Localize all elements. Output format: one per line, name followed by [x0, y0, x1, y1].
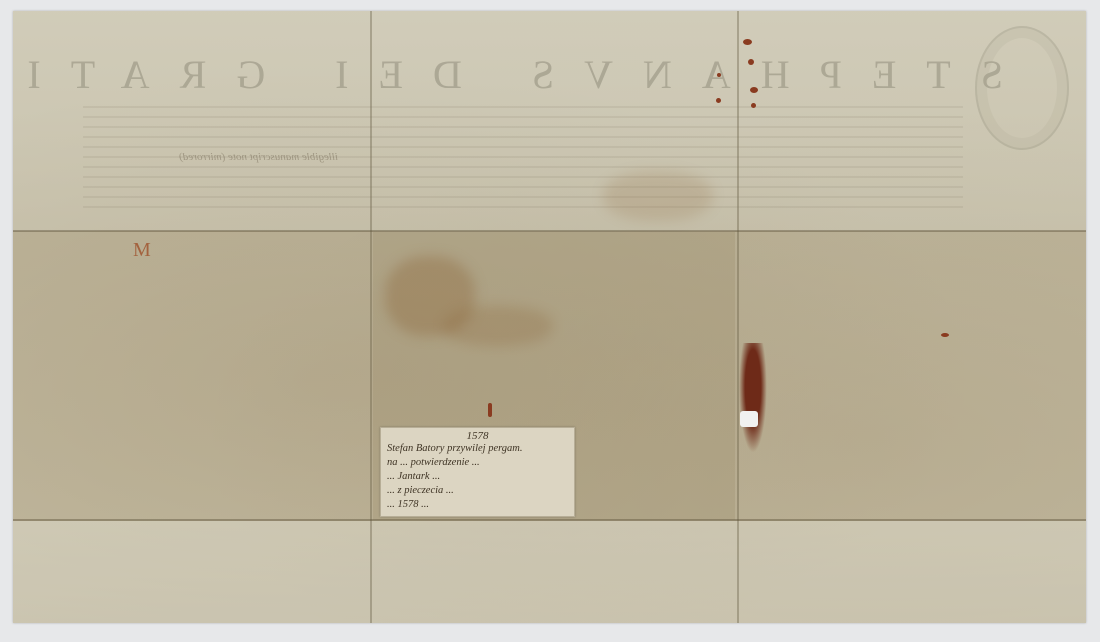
rust-spot — [717, 73, 721, 77]
label-line: ... 1578 ... — [387, 498, 568, 512]
fold-line — [13, 519, 1086, 521]
water-stain — [603, 171, 713, 221]
rust-spot — [941, 333, 949, 337]
fold-line — [13, 230, 1086, 232]
fold-line — [737, 11, 739, 623]
rust-spot — [751, 103, 756, 108]
bottom-fold-panel — [13, 521, 1086, 623]
bleed-through-heading: STEPHANVS DEI GRATIA — [73, 51, 1003, 98]
rust-spot — [716, 98, 721, 103]
rust-spot — [488, 403, 492, 417]
label-line: ... Jantark ... — [387, 470, 568, 484]
damaged-area — [739, 343, 767, 453]
water-stain — [443, 306, 553, 346]
label-year: 1578 — [387, 430, 568, 442]
bleed-through-note: illegible manuscript note (mirrored) — [68, 151, 338, 164]
rust-spot — [750, 87, 758, 93]
rust-spot — [743, 39, 752, 45]
parchment-document: STEPHANVS DEI GRATIA illegible manuscrip… — [13, 11, 1086, 623]
hole — [740, 411, 758, 427]
archive-mark: M — [133, 239, 151, 262]
label-line: na ... potwierdzenie ... — [387, 456, 568, 470]
fold-line — [370, 11, 372, 623]
label-line: ... z pieczecia ... — [387, 484, 568, 498]
seal-imprint — [975, 26, 1069, 150]
archive-label: 1578 Stefan Batory przywilej pergam. na … — [380, 427, 575, 517]
label-line: Stefan Batory przywilej pergam. — [387, 442, 568, 456]
rust-spot — [748, 59, 754, 65]
